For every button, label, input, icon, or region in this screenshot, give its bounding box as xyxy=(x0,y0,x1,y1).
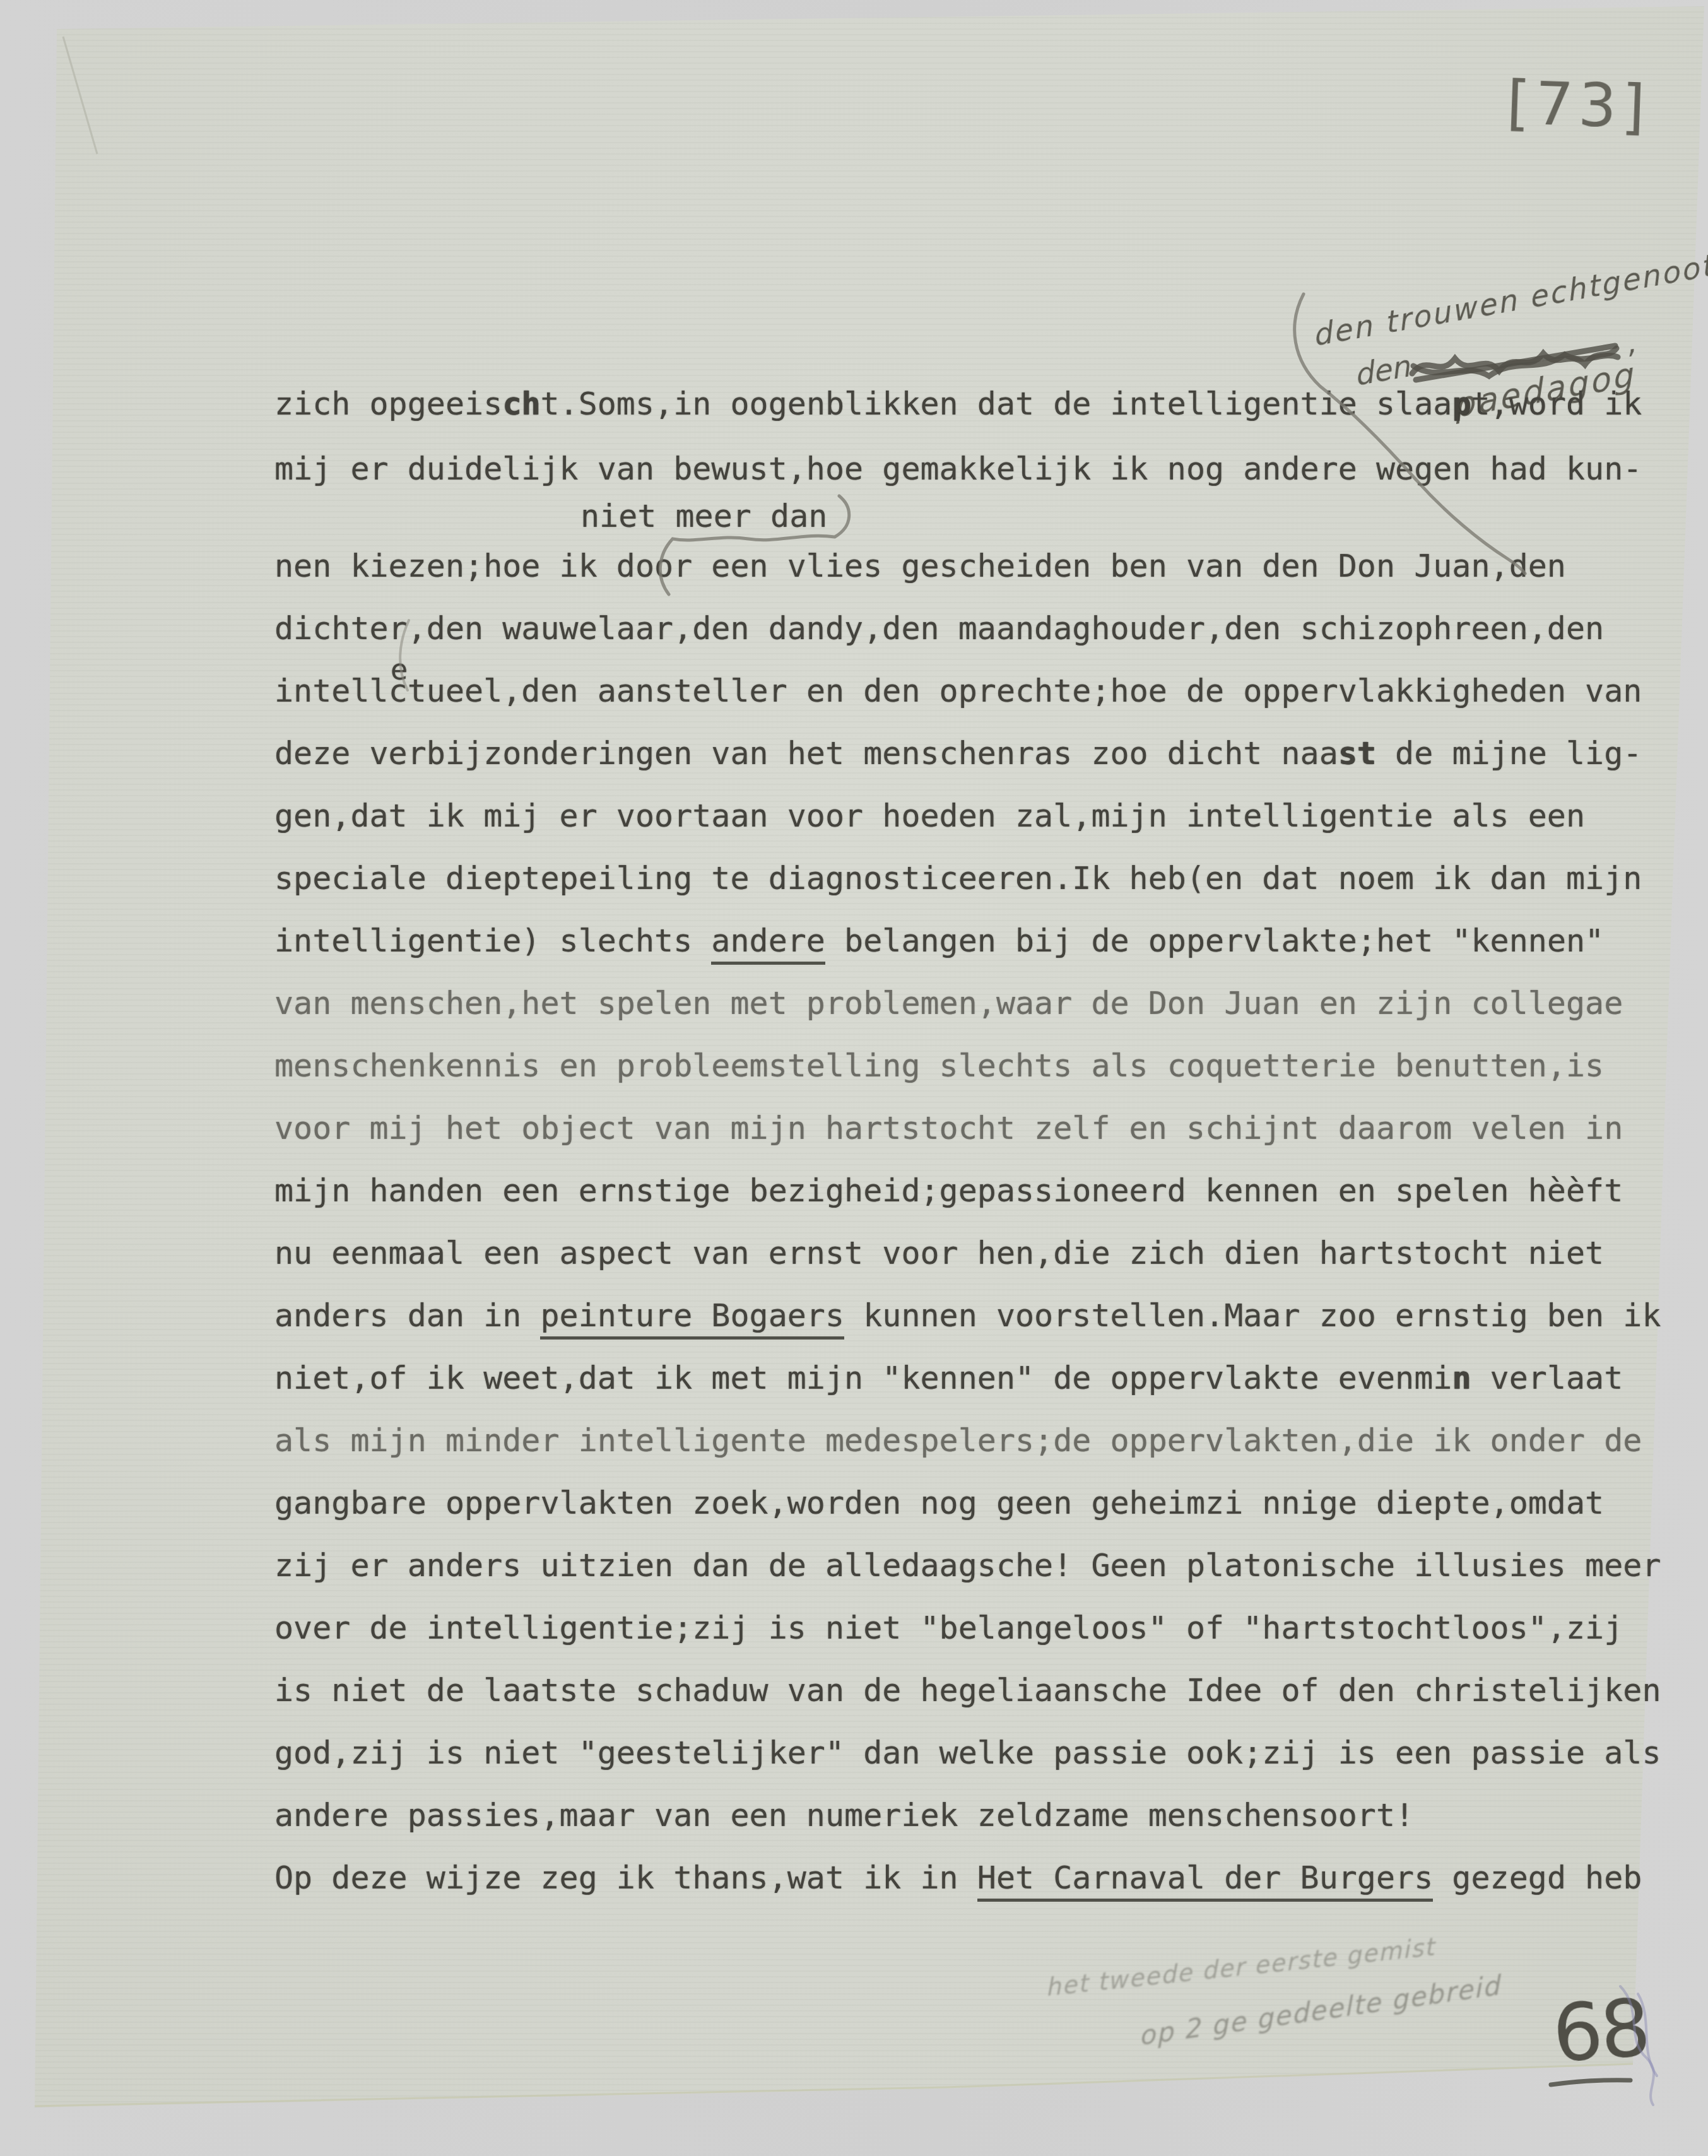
typed-text: belangen bij de oppervlakte;het "kennen" xyxy=(825,922,1604,959)
typed-text: nen kiezen;hoe ik door een vlies geschei… xyxy=(274,548,1566,584)
typed-text: speciale dieptepeiling te diagnosticeere… xyxy=(274,860,1642,897)
typed-text: de mijne lig- xyxy=(1376,735,1642,772)
typed-text: deze verbijzonderingen van het menschenr… xyxy=(274,735,1338,772)
typed-line: intellectueel,den aansteller en den opre… xyxy=(274,675,1642,707)
typed-line: menschenkennis en probleemstelling slech… xyxy=(274,1050,1604,1081)
typed-text: mij er duidelijk van bewust,hoe gemakkel… xyxy=(274,451,1642,487)
typed-line: niet,of ik weet,dat ik met mijn "kennen"… xyxy=(274,1362,1623,1394)
typed-text: andere passies,maar van een numeriek zel… xyxy=(274,1797,1414,1834)
typed-line: van menschen,het spelen met problemen,wa… xyxy=(274,987,1623,1019)
typed-line: speciale dieptepeiling te diagnosticeere… xyxy=(274,863,1642,894)
typed-line: gen,dat ik mij er voortaan voor hoeden z… xyxy=(274,800,1585,832)
typed-text: god,zij is niet "geestelijker" dan welke… xyxy=(274,1735,1661,1771)
underlined-phrase: peinture Bogaers xyxy=(540,1297,844,1340)
typed-text: p xyxy=(1452,386,1471,422)
typed-line: niet meer dan xyxy=(580,500,827,532)
typed-text: menschenkennis en probleemstelling slech… xyxy=(274,1047,1604,1084)
scanned-document-page: [73] den trouwen echtgenoot, den , paeda… xyxy=(0,0,1708,2156)
typed-text: van menschen,het spelen met problemen,wa… xyxy=(274,985,1623,1022)
typed-line: voor mij het object van mijn hartstocht … xyxy=(274,1112,1623,1144)
typed-line: intelligentie) slechts andere belangen b… xyxy=(274,925,1604,957)
typed-text: Op deze wijze zeg ik thans,wat ik in xyxy=(274,1859,977,1896)
typed-text: t.Soms,in oogenblikken dat de intelligen… xyxy=(540,386,1452,422)
typed-text: gangbare oppervlakten zoek,worden nog ge… xyxy=(274,1485,1604,1521)
underlined-phrase: andere xyxy=(711,922,825,965)
typed-text: gen,dat ik mij er voortaan voor hoeden z… xyxy=(274,798,1585,834)
typed-line: zij er anders uitzien dan de alledaagsch… xyxy=(274,1550,1661,1581)
typed-line: dichter,den wauwelaar,den dandy,den maan… xyxy=(274,613,1604,644)
underlined-phrase: Het Carnaval der Burgers xyxy=(977,1859,1433,1902)
typed-text: st xyxy=(1338,735,1376,772)
typed-text: n xyxy=(1452,1360,1471,1396)
typed-line: zich opgeeischt.Soms,in oogenblikken dat… xyxy=(274,388,1642,420)
typed-line: god,zij is niet "geestelijker" dan welke… xyxy=(274,1737,1661,1769)
sheet-number: 68 xyxy=(1550,1982,1651,2080)
typed-line: nen kiezen;hoe ik door een vlies geschei… xyxy=(274,550,1566,582)
typed-text: als mijn minder intelligente medespelers… xyxy=(274,1422,1642,1459)
typed-line: mijn handen een ernstige bezigheid;gepas… xyxy=(274,1175,1623,1206)
typed-text: kunnen voorstellen.Maar zoo ernstig ben … xyxy=(844,1297,1661,1334)
typed-text: over de intelligentie;zij is niet "belan… xyxy=(274,1610,1623,1646)
typed-text: is niet de laatste schaduw van de hegeli… xyxy=(274,1672,1661,1709)
typed-line: gangbare oppervlakten zoek,worden nog ge… xyxy=(274,1487,1604,1519)
typed-text: gezegd heb xyxy=(1433,1859,1642,1896)
typed-text: dichter,den wauwelaar,den dandy,den maan… xyxy=(274,610,1604,647)
typed-text: intelligentie) slechts xyxy=(274,922,711,959)
typed-text: intell xyxy=(274,673,389,709)
typed-text: zij er anders uitzien dan de alledaagsch… xyxy=(274,1547,1661,1584)
typed-text: verlaat xyxy=(1471,1360,1623,1396)
typed-text: voor mij het object van mijn hartstocht … xyxy=(274,1110,1623,1146)
typed-text: mijn handen een ernstige bezigheid;gepas… xyxy=(274,1172,1623,1209)
typed-line: deze verbijzonderingen van het menschenr… xyxy=(274,738,1642,769)
typed-line: Op deze wijze zeg ik thans,wat ik in Het… xyxy=(274,1862,1642,1894)
typed-text: ch xyxy=(502,386,540,422)
typed-text: niet,of ik weet,dat ik met mijn "kennen"… xyxy=(274,1360,1452,1396)
typed-text: nu eenmaal een aspect van ernst voor hen… xyxy=(274,1235,1604,1271)
typed-line: als mijn minder intelligente medespelers… xyxy=(274,1425,1642,1456)
typed-line: nu eenmaal een aspect van ernst voor hen… xyxy=(274,1237,1604,1269)
typed-text-layer: zich opgeeischt.Soms,in oogenblikken dat… xyxy=(0,0,1708,2156)
typed-line: anders dan in peinture Bogaers kunnen vo… xyxy=(274,1300,1661,1331)
typed-text: zich opgeeis xyxy=(274,386,502,422)
typed-text: tueel,den aansteller en den oprechte;hoe… xyxy=(408,673,1642,709)
typed-text: niet meer dan xyxy=(580,498,827,534)
typed-line: over de intelligentie;zij is niet "belan… xyxy=(274,1612,1623,1644)
typed-text: anders dan in xyxy=(274,1297,540,1334)
typed-line: is niet de laatste schaduw van de hegeli… xyxy=(274,1675,1661,1706)
typed-line: andere passies,maar van een numeriek zel… xyxy=(274,1800,1414,1831)
typed-text: t,word ik xyxy=(1471,386,1642,422)
typed-line: mij er duidelijk van bewust,hoe gemakkel… xyxy=(274,453,1642,485)
overtyped-correction: ec xyxy=(389,673,408,709)
